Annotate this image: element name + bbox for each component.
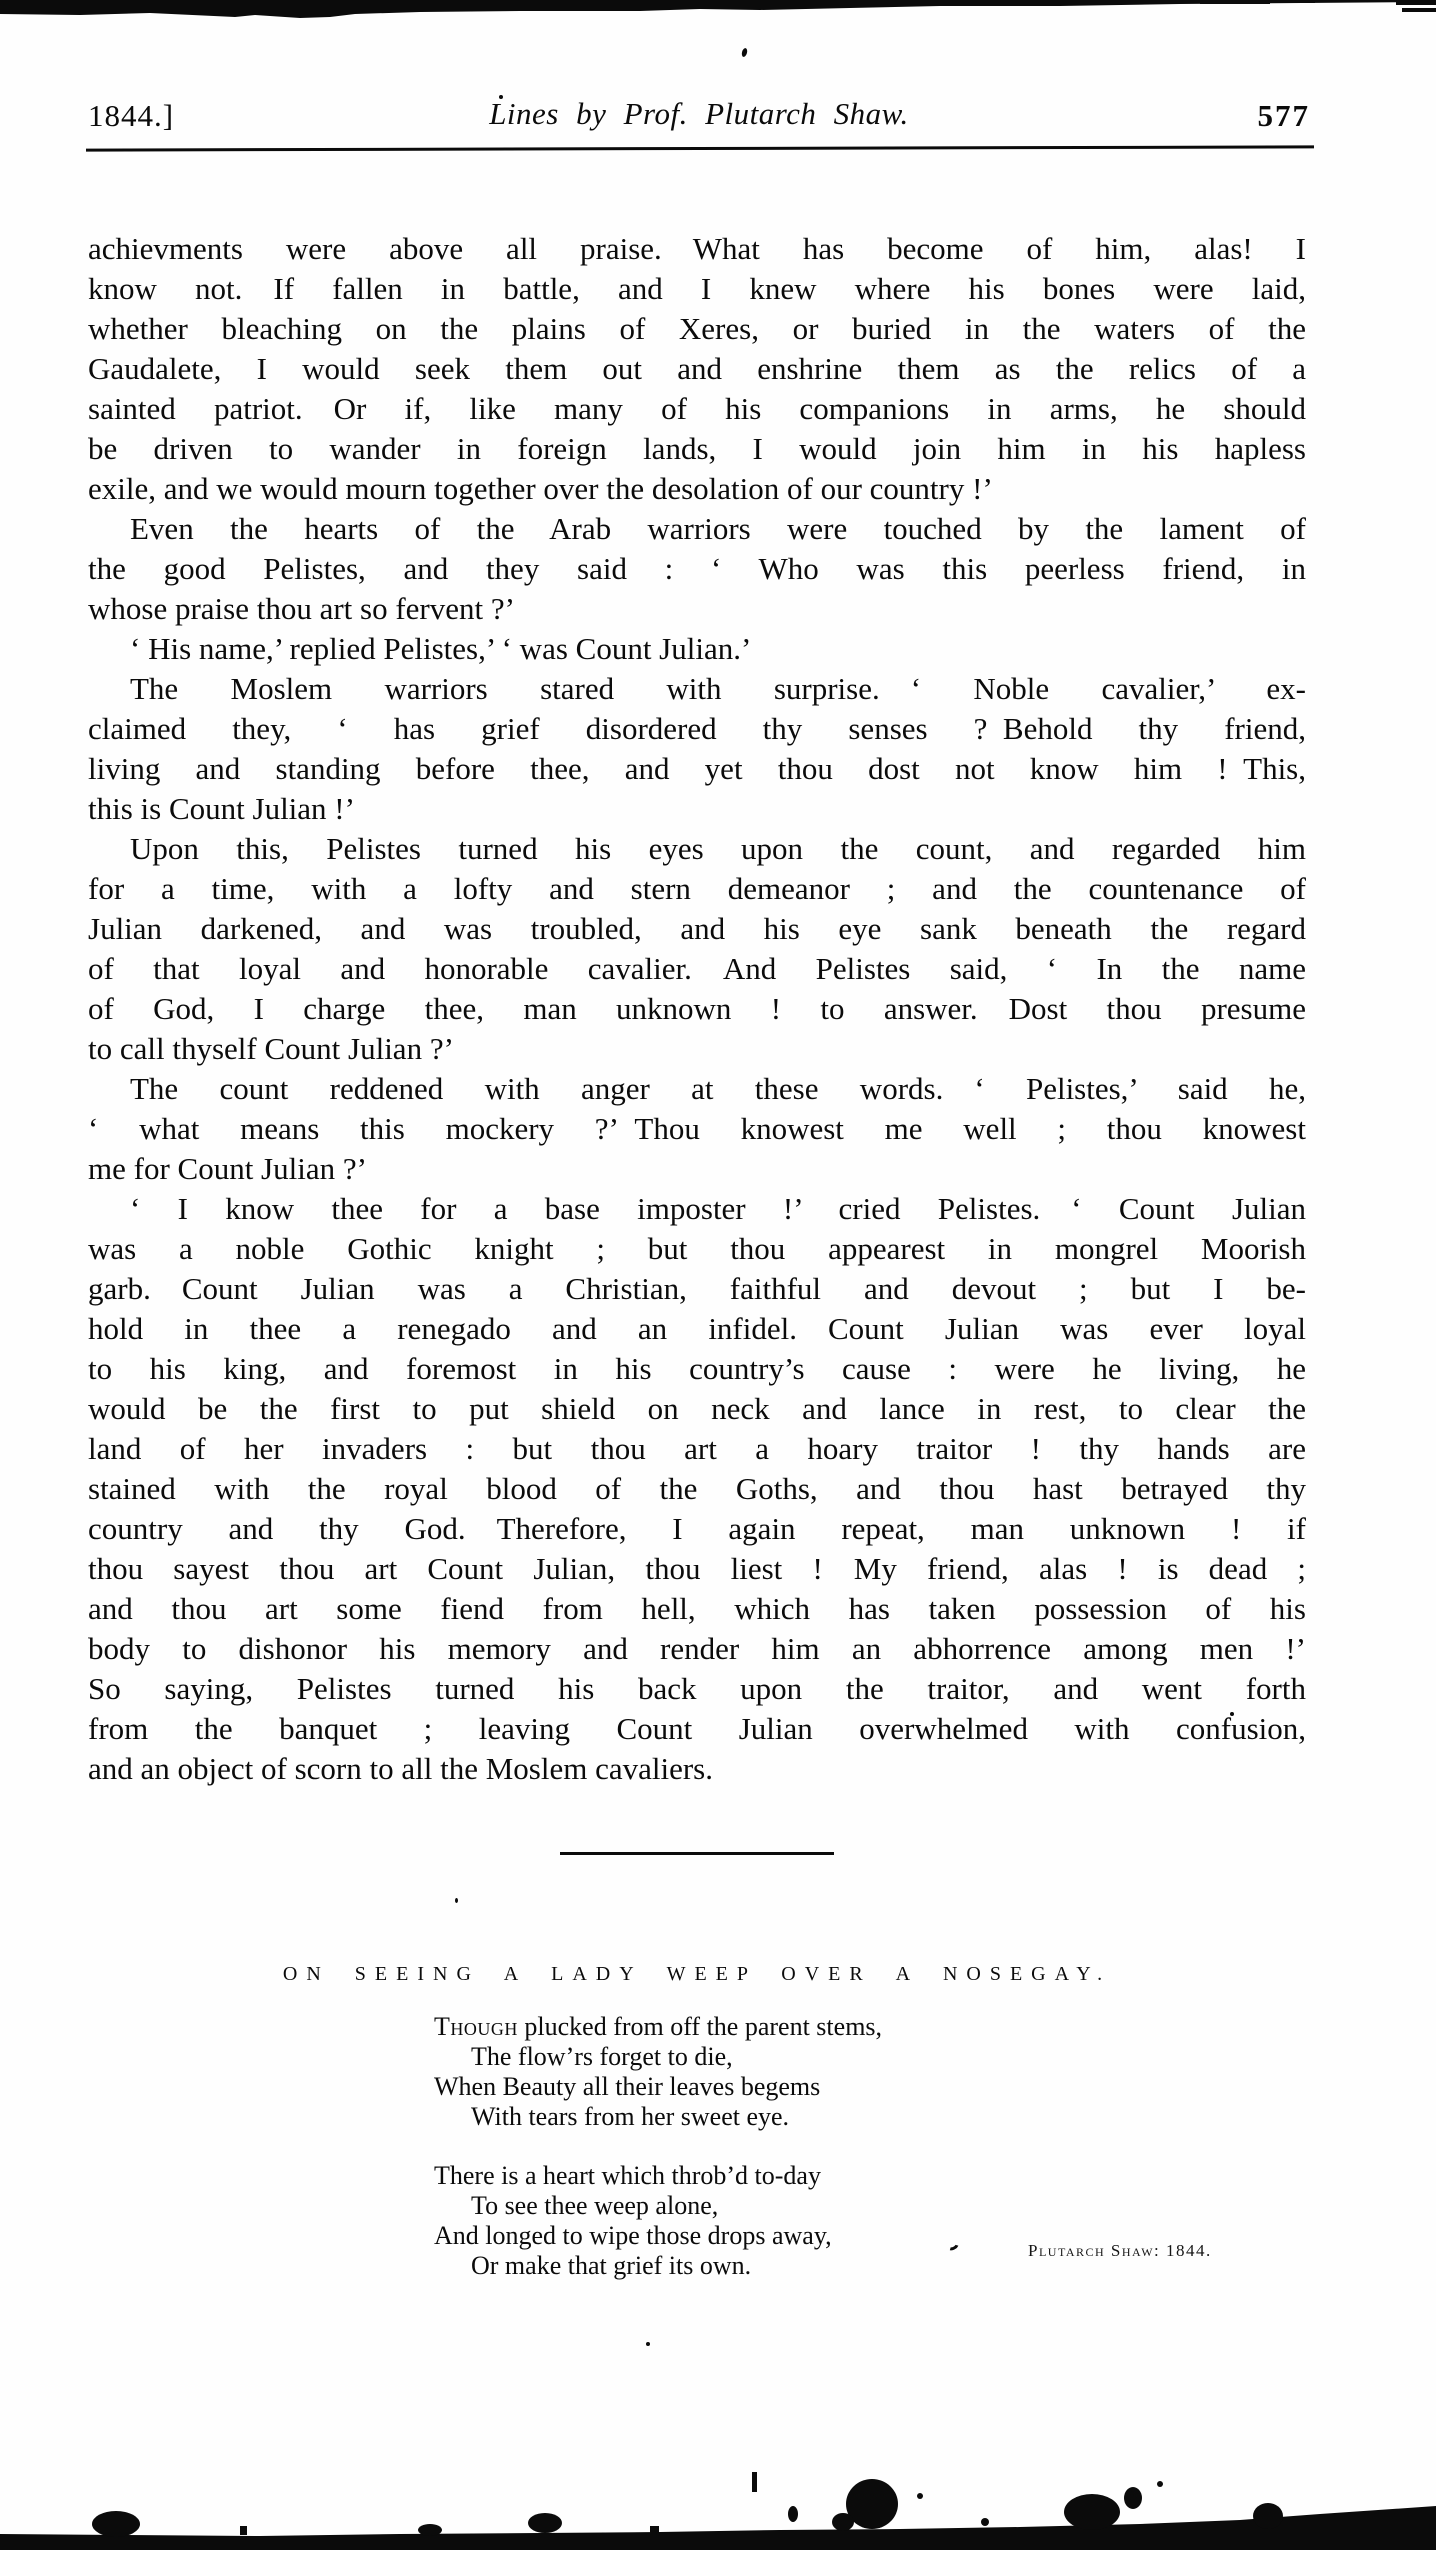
prose-line: me for Count Julian ?’: [88, 1149, 1306, 1189]
small-caps-lead: Though: [434, 2012, 518, 2041]
prose-line: know not. If fallen in battle, and I kne…: [88, 269, 1306, 309]
prose-line: for a time, with a lofty and stern demea…: [88, 869, 1306, 909]
prose-line: ‘ what means this mockery ?’ Thou knowes…: [88, 1109, 1306, 1149]
page-header: 1844.] Lines by Prof. Plutarch Shaw. 577: [88, 98, 1310, 140]
prose-line: hold in thee a renegado and an infidel. …: [88, 1309, 1306, 1349]
prose-line: would be the first to put shield on neck…: [88, 1389, 1306, 1429]
prose-line: achievments were above all praise. What …: [88, 229, 1306, 269]
ink-speck: [646, 2342, 650, 2346]
prose-line: country and thy God. Therefore, I again …: [88, 1509, 1306, 1549]
poem-line: Or make that grief its own.: [434, 2251, 882, 2281]
prose-line: Julian darkened, and was troubled, and h…: [88, 909, 1306, 949]
prose-line: Gaudalete, I would seek them out and ens…: [88, 349, 1306, 389]
poem-line: There is a heart which throb’d to-day: [434, 2161, 882, 2191]
prose-line: Even the hearts of the Arab warriors wer…: [88, 509, 1306, 549]
poem-attribution: Plutarch Shaw: 1844.: [1028, 2241, 1212, 2261]
prose-line: claimed they, ‘ has grief disordered thy…: [88, 709, 1306, 749]
poem-line: To see thee weep alone,: [434, 2191, 882, 2221]
prose-line: stained with the royal blood of the Goth…: [88, 1469, 1306, 1509]
running-title: Lines by Prof. Plutarch Shaw.: [88, 96, 1310, 132]
poem-line: When Beauty all their leaves begems: [434, 2072, 882, 2102]
poem-line: With tears from her sweet eye.: [434, 2102, 882, 2132]
poem-title: ON SEEING A LADY WEEP OVER A NOSEGAY.: [88, 1963, 1306, 1986]
paragraph: ‘ I know thee for a base imposter !’ cri…: [88, 1189, 1306, 1789]
prose-line: be driven to wander in foreign lands, I …: [88, 429, 1306, 469]
poem-line: Though plucked from off the parent stems…: [434, 2012, 882, 2042]
ink-speck: [499, 95, 503, 99]
section-divider-rule: [560, 1852, 834, 1855]
prose-line: garb. Count Julian was a Christian, fait…: [88, 1269, 1306, 1309]
prose-line: and thou art some fiend from hell, which…: [88, 1589, 1306, 1629]
ink-speck: [1230, 1712, 1234, 1716]
scan-artifact-bottom-edge: [0, 2466, 1436, 2550]
poem: Though plucked from off the parent stems…: [434, 2012, 882, 2281]
prose-line: living and standing before thee, and yet…: [88, 749, 1306, 789]
paragraph: achievments were above all praise. What …: [88, 229, 1306, 509]
poem-line: And longed to wipe those drops away,: [434, 2221, 882, 2251]
prose-line: thou sayest thou art Count Julian, thou …: [88, 1549, 1306, 1589]
prose-line: land of her invaders : but thou art a ho…: [88, 1429, 1306, 1469]
stanza: Though plucked from off the parent stems…: [434, 2012, 882, 2132]
scan-artifact-top-edge: [0, 0, 1436, 24]
poem-line: The flow’rs forget to die,: [434, 2042, 882, 2072]
header-rule: [86, 145, 1314, 151]
prose-line: this is Count Julian !’: [88, 789, 1306, 829]
ink-speck: [455, 1898, 458, 1903]
prose-line: and an object of scorn to all the Moslem…: [88, 1749, 1306, 1789]
prose-line: ‘ His name,’ replied Pelistes,’ ‘ was Co…: [88, 629, 1306, 669]
ink-squiggle: [944, 2238, 960, 2253]
prose-line: The Moslem warriors stared with surprise…: [88, 669, 1306, 709]
paragraph: The count reddened with anger at these w…: [88, 1069, 1306, 1189]
prose-line: was a noble Gothic knight ; but thou app…: [88, 1229, 1306, 1269]
prose-line: The count reddened with anger at these w…: [88, 1069, 1306, 1109]
prose-line: exile, and we would mourn together over …: [88, 469, 1306, 509]
prose-line: Upon this, Pelistes turned his eyes upon…: [88, 829, 1306, 869]
prose-line: of God, I charge thee, man unknown ! to …: [88, 989, 1306, 1029]
paragraph: Upon this, Pelistes turned his eyes upon…: [88, 829, 1306, 1069]
paragraph: ‘ His name,’ replied Pelistes,’ ‘ was Co…: [88, 629, 1306, 669]
prose-line: body to dishonor his memory and render h…: [88, 1629, 1306, 1669]
prose-line: to call thyself Count Julian ?’: [88, 1029, 1306, 1069]
paragraph: The Moslem warriors stared with surprise…: [88, 669, 1306, 829]
stanza: There is a heart which throb’d to-dayTo …: [434, 2161, 882, 2281]
prose-line: So saying, Pelistes turned his back upon…: [88, 1669, 1306, 1709]
ink-speck: [741, 48, 748, 58]
prose-line: ‘ I know thee for a base imposter !’ cri…: [88, 1189, 1306, 1229]
prose-body: achievments were above all praise. What …: [88, 229, 1306, 1789]
prose-line: from the banquet ; leaving Count Julian …: [88, 1709, 1306, 1749]
prose-line: of that loyal and honorable cavalier. An…: [88, 949, 1306, 989]
prose-line: the good Pelistes, and they said : ‘ Who…: [88, 549, 1306, 589]
page-number: 577: [1258, 98, 1311, 134]
scanned-page: 1844.] Lines by Prof. Plutarch Shaw. 577…: [0, 0, 1436, 2550]
prose-line: sainted patriot. Or if, like many of his…: [88, 389, 1306, 429]
paragraph: Even the hearts of the Arab warriors wer…: [88, 509, 1306, 629]
prose-line: whether bleaching on the plains of Xeres…: [88, 309, 1306, 349]
prose-line: whose praise thou art so fervent ?’: [88, 589, 1306, 629]
prose-line: to his king, and foremost in his country…: [88, 1349, 1306, 1389]
